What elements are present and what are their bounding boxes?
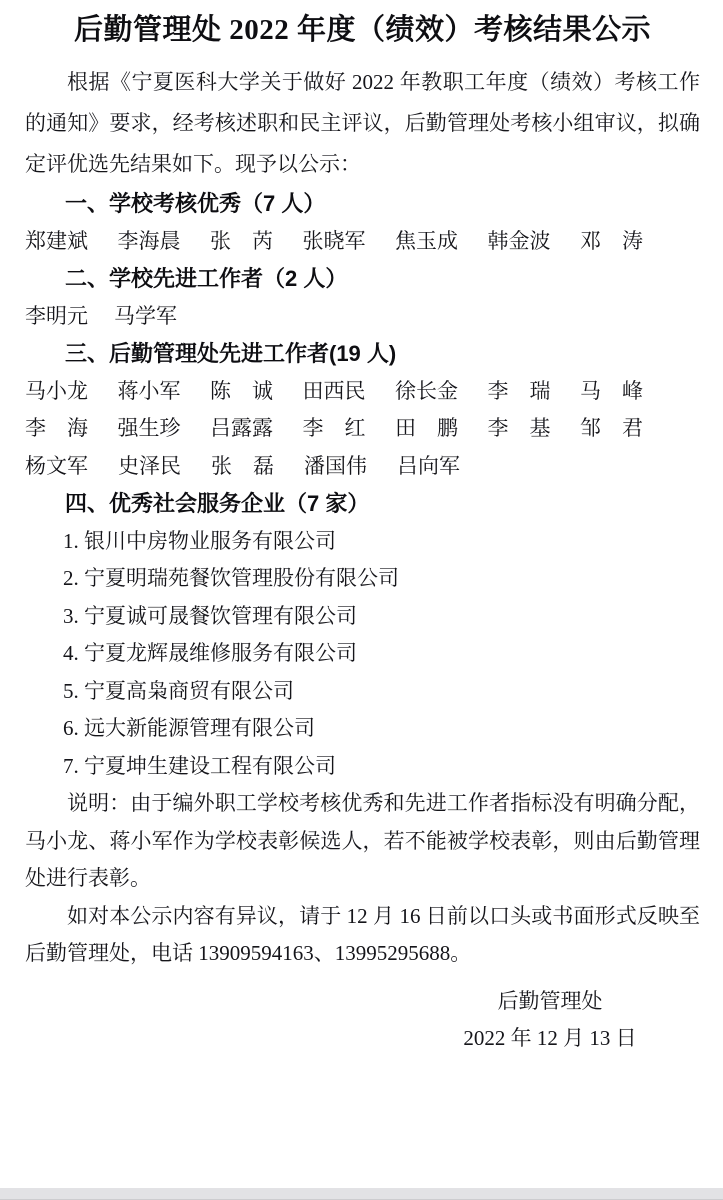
section-heading-dept-advanced: 三、后勤管理处先进工作者(19 人) — [25, 335, 700, 373]
person-name: 张 磊 — [211, 448, 274, 486]
person-name: 李 基 — [488, 410, 551, 448]
person-name: 马学军 — [114, 298, 177, 336]
person-name: 李 海 — [25, 410, 88, 448]
announcement-page: 后勤管理处 2022 年度（绩效）考核结果公示 根据《宁夏医科大学关于做好 20… — [0, 0, 723, 1200]
person-name: 郑建斌 — [25, 223, 88, 261]
signature-date: 2022 年 12 月 13 日 — [435, 1020, 665, 1058]
person-name: 杨文军 — [25, 448, 88, 486]
person-name: 李海晨 — [118, 223, 181, 261]
person-name: 史泽民 — [118, 448, 181, 486]
name-row-dept-advanced-2: 李 海强生珍吕露露李 红田 鹏李 基邹 君 — [25, 410, 643, 448]
person-name: 马 峰 — [580, 373, 643, 411]
person-name: 邓 涛 — [580, 223, 643, 261]
person-name: 焦玉成 — [395, 223, 458, 261]
company-item: 7. 宁夏坤生建设工程有限公司 — [63, 748, 700, 786]
company-item: 2. 宁夏明瑞苑餐饮管理股份有限公司 — [63, 560, 700, 598]
name-row-school-advanced: 李明元马学军 — [25, 298, 700, 336]
name-row-dept-advanced-3: 杨文军史泽民张 磊潘国伟吕向军 — [25, 448, 700, 486]
person-name: 张晓军 — [303, 223, 366, 261]
person-name: 邹 君 — [580, 410, 643, 448]
company-list: 1. 银川中房物业服务有限公司2. 宁夏明瑞苑餐饮管理股份有限公司3. 宁夏诚可… — [25, 523, 700, 786]
section-heading-school-excellent: 一、学校考核优秀（7 人） — [25, 185, 700, 223]
person-name: 徐长金 — [395, 373, 458, 411]
person-name: 强生珍 — [118, 410, 181, 448]
document-content: 后勤管理处 2022 年度（绩效）考核结果公示 根据《宁夏医科大学关于做好 20… — [0, 0, 723, 1058]
person-name: 马小龙 — [25, 373, 88, 411]
person-name: 田西民 — [303, 373, 366, 411]
document-title: 后勤管理处 2022 年度（绩效）考核结果公示 — [25, 10, 700, 50]
bottom-bar — [0, 1188, 723, 1200]
person-name: 李明元 — [25, 298, 88, 336]
signature-org: 后勤管理处 — [435, 983, 665, 1021]
person-name: 张 芮 — [210, 223, 273, 261]
company-item: 5. 宁夏高枭商贸有限公司 — [63, 673, 700, 711]
company-item: 1. 银川中房物业服务有限公司 — [63, 523, 700, 561]
person-name: 吕露露 — [210, 410, 273, 448]
section-heading-companies: 四、优秀社会服务企业（7 家） — [25, 485, 700, 523]
section-heading-school-advanced: 二、学校先进工作者（2 人） — [25, 260, 700, 298]
person-name: 田 鹏 — [395, 410, 458, 448]
person-name: 潘国伟 — [304, 448, 367, 486]
company-item: 4. 宁夏龙辉晟维修服务有限公司 — [63, 635, 700, 673]
note-paragraph: 说明：由于编外职工学校考核优秀和先进工作者指标没有明确分配，马小龙、蒋小军作为学… — [25, 785, 700, 898]
person-name: 韩金波 — [488, 223, 551, 261]
person-name: 蒋小军 — [118, 373, 181, 411]
company-item: 3. 宁夏诚可晟餐饮管理有限公司 — [63, 598, 700, 636]
feedback-paragraph: 如对本公示内容有异议，请于 12 月 16 日前以口头或书面形式反映至后勤管理处… — [25, 898, 700, 973]
signature-block: 后勤管理处 2022 年 12 月 13 日 — [435, 983, 665, 1058]
person-name: 吕向军 — [397, 448, 460, 486]
name-row-school-excellent: 郑建斌李海晨张 芮张晓军焦玉成韩金波邓 涛 — [25, 223, 643, 261]
intro-paragraph: 根据《宁夏医科大学关于做好 2022 年教职工年度（绩效）考核工作的通知》要求，… — [25, 62, 700, 185]
person-name: 陈 诚 — [210, 373, 273, 411]
person-name: 李 瑞 — [488, 373, 551, 411]
name-row-dept-advanced-1: 马小龙蒋小军陈 诚田西民徐长金李 瑞马 峰 — [25, 373, 643, 411]
person-name: 李 红 — [303, 410, 366, 448]
company-item: 6. 远大新能源管理有限公司 — [63, 710, 700, 748]
